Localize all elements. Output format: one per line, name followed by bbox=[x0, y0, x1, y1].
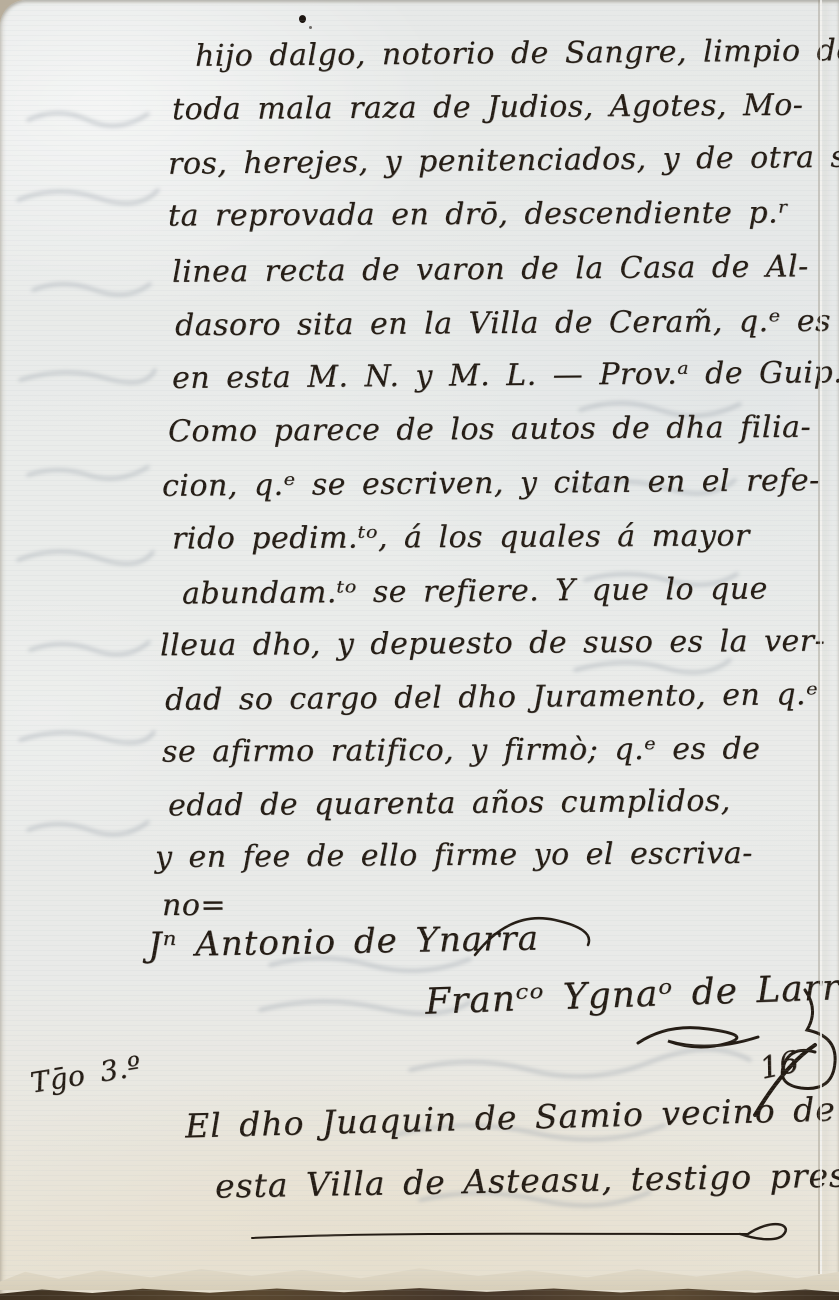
manuscript-line: linea recta de varon de la Casa de Al- bbox=[172, 249, 809, 290]
manuscript-line: en esta M. N. y M. L. — Prov.ᵃ de Guip.ᵃ bbox=[172, 355, 839, 396]
manuscript-line: lleua dho, y depuesto de suso es la ver- bbox=[160, 624, 825, 664]
escribano-signature-flourish bbox=[470, 905, 600, 965]
manuscript-line: hijo dalgo, notorio de Sangre, limpio de bbox=[195, 33, 839, 74]
manuscript-line: dasoro sita en la Villa de Ceram̃, q.ᵉ e… bbox=[175, 304, 831, 344]
ink-bleedthrough-left-margin bbox=[8, 80, 168, 900]
manuscript-line: toda mala raza de Judios, Agotes, Mo- bbox=[172, 88, 804, 127]
manuscript-line: no= bbox=[162, 888, 226, 923]
witness-line: El dho Juaquin de Samio vecino de bbox=[185, 1089, 837, 1145]
line-filler-flourish bbox=[248, 1212, 808, 1252]
manuscript-line: dad so cargo del dho Juramento, en q.ᵉ bbox=[165, 677, 818, 718]
manuscript-line: edad de quarenta años cumplidos, bbox=[168, 784, 731, 824]
manuscript-line: y en fee de ello firme yo el escriva- bbox=[155, 836, 753, 875]
manuscript-line: rido pedim.ᵗᵒ, á los quales á mayor bbox=[172, 518, 750, 556]
manuscript-line: cion, q.ᵉ se escriven, y citan en el ref… bbox=[162, 463, 820, 504]
ink-speck bbox=[309, 26, 312, 29]
manuscript-page: hijo dalgo, notorio de Sangre, limpio de… bbox=[0, 0, 839, 1300]
manuscript-line: ta reprovada en drō, descendiente p.ʳ bbox=[168, 195, 789, 233]
manuscript-line: ros, herejes, y penitenciados, y de otra… bbox=[168, 139, 839, 182]
page-right-edge bbox=[818, 0, 820, 1274]
witness-line: esta Villa de Asteasu, testigo presentad… bbox=[215, 1153, 839, 1205]
witness-margin-note: Tḡo 3.º bbox=[28, 1049, 144, 1099]
manuscript-line: se afirmo ratifico, y firmò; q.ᵉ es de bbox=[162, 731, 761, 769]
page-deckle-edge bbox=[0, 1262, 839, 1290]
manuscript-line: abundam.ᵗᵒ se refiere. Y que lo que bbox=[182, 571, 768, 611]
ink-speck bbox=[299, 15, 306, 23]
manuscript-line: Como parece de los autos de dha filia- bbox=[168, 410, 811, 449]
